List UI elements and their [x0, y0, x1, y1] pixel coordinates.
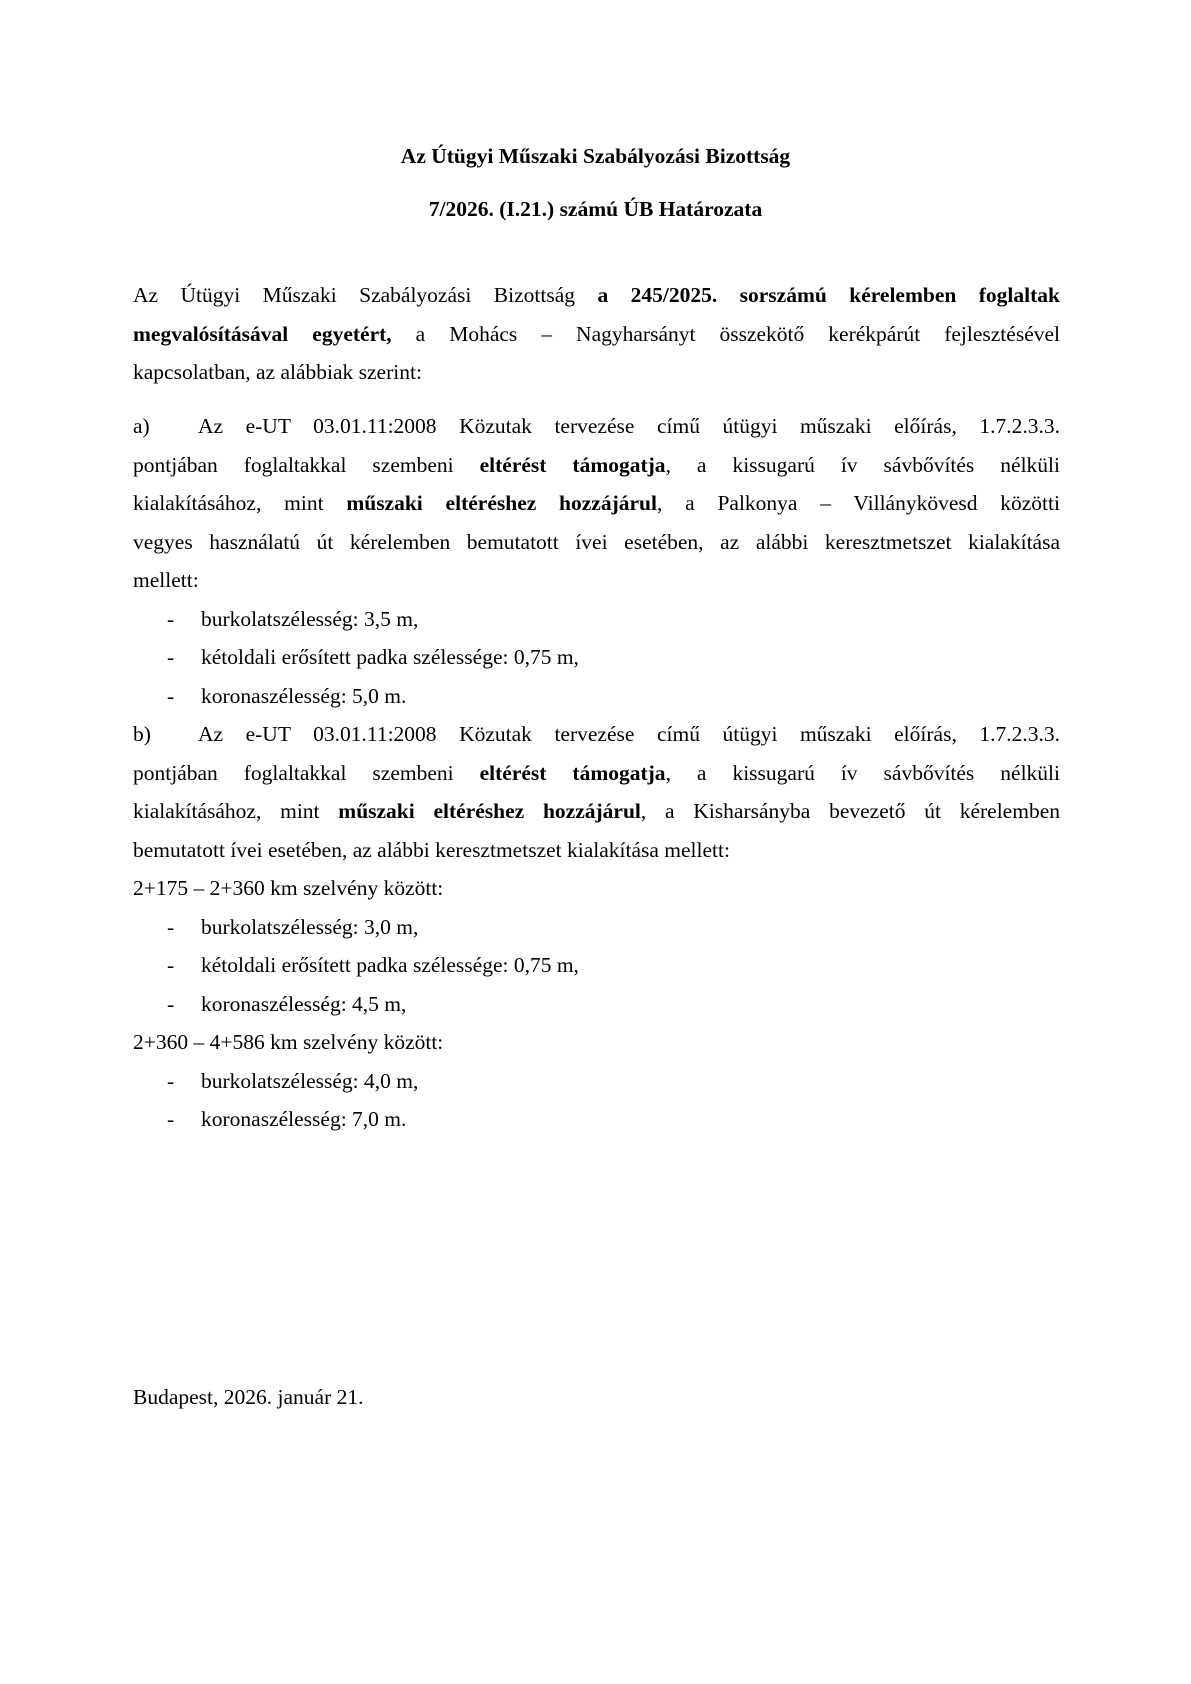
list-item: -koronaszélesség: 4,5 m,: [133, 985, 1060, 1024]
list-item: -burkolatszélesség: 3,0 m,: [133, 908, 1060, 947]
place-and-date: Budapest, 2026. január 21.: [133, 1384, 364, 1410]
section-text: mellett:: [133, 568, 199, 592]
list-item-text: kétoldali erősített padka szélessége: 0,…: [201, 645, 579, 669]
dash-bullet-icon: -: [167, 638, 201, 677]
section-a-line: a)Az e-UT 03.01.11:2008 Közutak tervezés…: [133, 407, 1060, 446]
list-item: -kétoldali erősített padka szélessége: 0…: [133, 946, 1060, 985]
document-page: Az Útügyi Műszaki Szabályozási Bizottság…: [0, 0, 1191, 1684]
list-item-text: burkolatszélesség: 3,0 m,: [201, 915, 418, 939]
section-text: , a kissugarú ív sávbővítés nélküli: [666, 453, 1060, 477]
section-text: , a Kisharsányba bevezető út kérelemben: [641, 799, 1060, 823]
section-text: vegyes használatú út kérelemben bemutato…: [133, 530, 1060, 554]
section-bold-text: eltérést támogatja: [480, 453, 666, 477]
document-title: Az Útügyi Műszaki Szabályozási Bizottság: [0, 143, 1191, 169]
section-b-label: b): [133, 715, 198, 754]
intro-paragraph: Az Útügyi Műszaki Szabályozási Bizottság…: [133, 276, 1060, 392]
section-bold-text: eltérést támogatja: [480, 761, 666, 785]
list-item-text: kétoldali erősített padka szélessége: 0,…: [201, 953, 579, 977]
intro-text: a Mohács – Nagyharsányt összekötő kerékp…: [392, 322, 1060, 346]
resolution-number: 7/2026. (I.21.) számú ÚB Határozata: [0, 196, 1191, 222]
dash-bullet-icon: -: [167, 946, 201, 985]
list-item: -burkolatszélesség: 3,5 m,: [133, 600, 1060, 639]
section-text: bemutatott ívei esetében, az alábbi kere…: [133, 838, 730, 862]
dash-bullet-icon: -: [167, 1100, 201, 1139]
segment-heading-text: 2+360 – 4+586 km szelvény között:: [133, 1030, 443, 1054]
list-item-text: burkolatszélesség: 3,5 m,: [201, 607, 418, 631]
intro-text: Az Útügyi Műszaki Szabályozási Bizottság: [133, 283, 597, 307]
list-item: -koronaszélesség: 7,0 m.: [133, 1100, 1060, 1139]
section-b-line: bemutatott ívei esetében, az alábbi kere…: [133, 831, 1060, 870]
segment-heading-text: 2+175 – 2+360 km szelvény között:: [133, 876, 443, 900]
list-item-text: koronaszélesség: 5,0 m.: [201, 684, 406, 708]
section-bold-text: műszaki eltéréshez hozzájárul: [346, 491, 657, 515]
list-item: -kétoldali erősített padka szélessége: 0…: [133, 638, 1060, 677]
list-item-text: koronaszélesség: 4,5 m,: [201, 992, 406, 1016]
intro-line: kapcsolatban, az alábbiak szerint:: [133, 353, 1060, 392]
dash-bullet-icon: -: [167, 908, 201, 947]
section-text: , a Palkonya – Villánykövesd közötti: [657, 491, 1060, 515]
segment-heading: 2+175 – 2+360 km szelvény között:: [133, 869, 1060, 908]
section-a-line: mellett:: [133, 561, 1060, 600]
section-b-line: b)Az e-UT 03.01.11:2008 Közutak tervezés…: [133, 715, 1060, 754]
section-text: , a kissugarú ív sávbővítés nélküli: [666, 761, 1060, 785]
list-item: -burkolatszélesség: 4,0 m,: [133, 1062, 1060, 1101]
section-a-label: a): [133, 407, 198, 446]
dash-bullet-icon: -: [167, 985, 201, 1024]
list-item-text: burkolatszélesség: 4,0 m,: [201, 1069, 418, 1093]
section-text: pontjában foglaltakkal szembeni: [133, 761, 480, 785]
intro-bold-text: a 245/2025. sorszámú kérelemben foglalta…: [597, 283, 1060, 307]
section-a: a)Az e-UT 03.01.11:2008 Közutak tervezés…: [133, 407, 1060, 1139]
section-text: pontjában foglaltakkal szembeni: [133, 453, 480, 477]
section-a-line: vegyes használatú út kérelemben bemutato…: [133, 523, 1060, 562]
dash-bullet-icon: -: [167, 1062, 201, 1101]
intro-bold-text: megvalósításával egyetért,: [133, 322, 392, 346]
intro-line: megvalósításával egyetért, a Mohács – Na…: [133, 315, 1060, 354]
intro-line: Az Útügyi Műszaki Szabályozási Bizottság…: [133, 276, 1060, 315]
section-text: kialakításához, mint: [133, 799, 338, 823]
section-text: Az e-UT 03.01.11:2008 Közutak tervezése …: [198, 722, 1060, 746]
section-b-line: pontjában foglaltakkal szembeni eltérést…: [133, 754, 1060, 793]
section-a-line: pontjában foglaltakkal szembeni eltérést…: [133, 446, 1060, 485]
section-text: kialakításához, mint: [133, 491, 346, 515]
section-a-line: kialakításához, mint műszaki eltéréshez …: [133, 484, 1060, 523]
intro-text: kapcsolatban, az alábbiak szerint:: [133, 360, 422, 384]
section-b-line: kialakításához, mint műszaki eltéréshez …: [133, 792, 1060, 831]
list-item-text: koronaszélesség: 7,0 m.: [201, 1107, 406, 1131]
dash-bullet-icon: -: [167, 677, 201, 716]
section-bold-text: műszaki eltéréshez hozzájárul: [338, 799, 641, 823]
list-item: -koronaszélesség: 5,0 m.: [133, 677, 1060, 716]
segment-heading: 2+360 – 4+586 km szelvény között:: [133, 1023, 1060, 1062]
section-text: Az e-UT 03.01.11:2008 Közutak tervezése …: [198, 414, 1060, 438]
dash-bullet-icon: -: [167, 600, 201, 639]
